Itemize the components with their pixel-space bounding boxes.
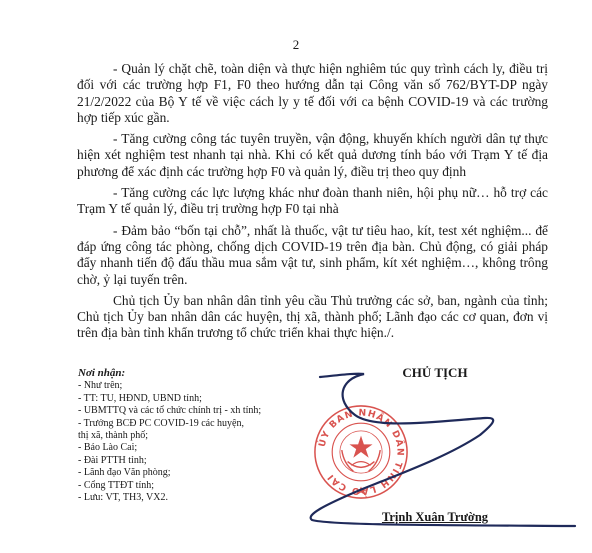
- recipient-item: - Đài PTTH tỉnh;: [78, 455, 318, 467]
- official-seal-icon: ỦY BAN NHÂN DÂN TỈNH LÀO CAI: [313, 404, 409, 500]
- recipients-block: Nơi nhận: - Như trên; - TT: TU, HĐND, UB…: [78, 367, 318, 504]
- recipient-item: - Trưởng BCĐ PC COVID-19 các huyện,: [78, 418, 318, 430]
- recipient-item: - TT: TU, HĐND, UBND tỉnh;: [78, 393, 318, 405]
- recipient-item: - Cổng TTĐT tỉnh;: [78, 480, 318, 492]
- recipient-item: - Báo Lào Cai;: [78, 442, 318, 454]
- paragraph-self-testing: - Tăng cường công tác tuyên truyền, vận …: [77, 131, 548, 180]
- recipient-item: - UBMTTQ và các tổ chức chính trị - xh t…: [78, 405, 318, 417]
- signer-title: CHỦ TỊCH: [360, 365, 510, 381]
- recipients-title: Nơi nhận:: [78, 367, 318, 379]
- recipient-item: - Lãnh đạo Văn phòng;: [78, 467, 318, 479]
- page-number: 2: [0, 37, 592, 53]
- document-body: - Quản lý chặt chẽ, toàn diện và thực hi…: [77, 61, 548, 347]
- paragraph-four-on-site: - Đảm bảo “bốn tại chỗ”, nhất là thuốc, …: [77, 223, 548, 288]
- recipient-item: - Lưu: VT, TH3, VX2.: [78, 492, 318, 504]
- recipient-item: - Như trên;: [78, 380, 318, 392]
- paragraph-isolation: - Quản lý chặt chẽ, toàn diện và thực hi…: [77, 61, 548, 126]
- recipient-item: thị xã, thành phố;: [78, 430, 318, 442]
- paragraph-support-forces: - Tăng cường các lực lượng khác như đoàn…: [77, 185, 548, 218]
- signer-name: Trịnh Xuân Trường: [355, 510, 515, 525]
- paragraph-closing-request: Chủ tịch Ủy ban nhân dân tỉnh yêu cầu Th…: [77, 293, 548, 342]
